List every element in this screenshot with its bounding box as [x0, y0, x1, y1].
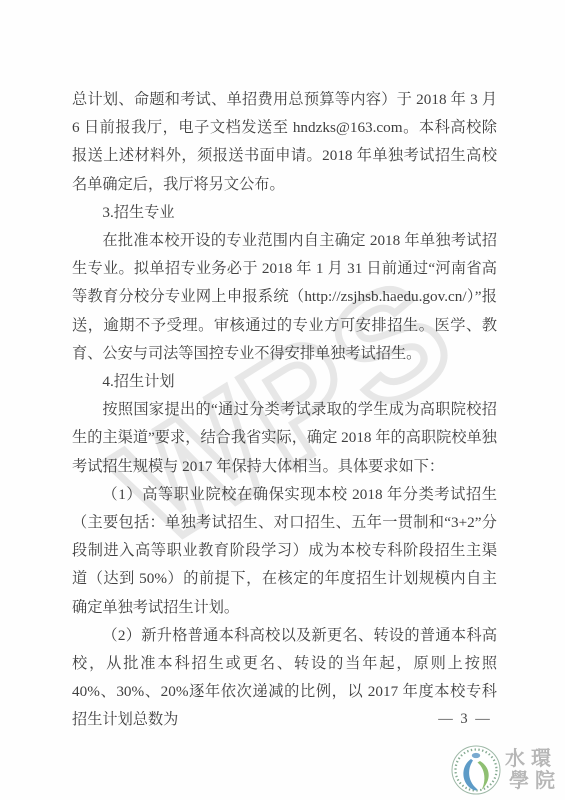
section-heading-enrollment-plan: 4.招生计划: [72, 368, 497, 396]
stamp-text-line2: 學院: [509, 770, 561, 792]
college-emblem-icon: [450, 743, 502, 797]
paragraph: 按照国家提出的“通过分类考试录取的学生成为高职院校招生的主渠道”要求，结合我省实…: [72, 396, 497, 481]
paragraph-continuation: 总计划、命题和考试、单招费用总预算等内容）于 2018 年 3 月 6 日前报我…: [72, 86, 497, 199]
college-stamp: 水環 學院: [450, 743, 561, 797]
page-number: — 3 —: [405, 711, 525, 728]
paragraph: 在批准本校开设的专业范围内自主确定 2018 年单独考试招生专业。拟单招专业务必…: [72, 227, 497, 368]
document-body: 总计划、命题和考试、单招费用总预算等内容）于 2018 年 3 月 6 日前报我…: [72, 86, 497, 735]
section-heading-enrollment-majors: 3.招生专业: [72, 199, 497, 227]
document-page: WPS 总计划、命题和考试、单招费用总预算等内容）于 2018 年 3 月 6 …: [0, 0, 565, 800]
stamp-text-line1: 水環: [505, 748, 561, 770]
stamp-text: 水環 學院: [505, 748, 561, 792]
paragraph: （1）高等职业院校在确保实现本校 2018 年分类考试招生（主要包括：单独考试招…: [72, 481, 497, 622]
